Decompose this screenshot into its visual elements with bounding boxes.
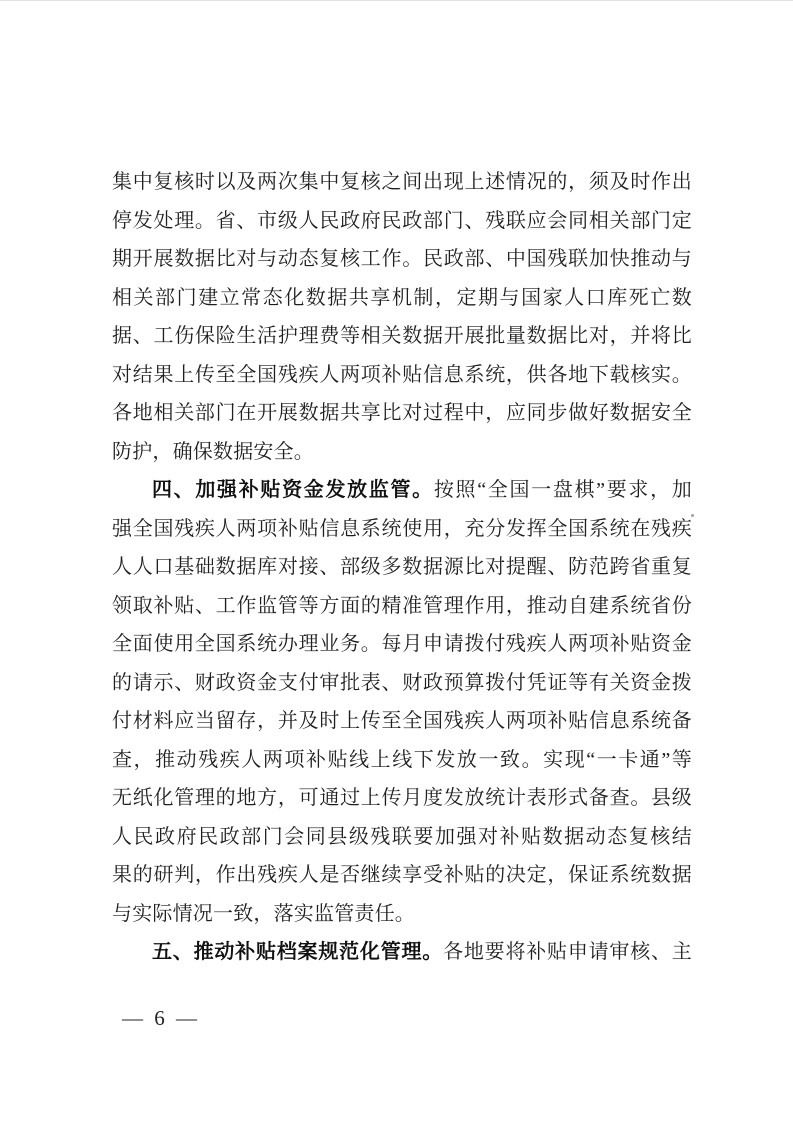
text-line: 人人口基础数据库对接、部级多数据源比对提醒、防范跨省重复 — [112, 548, 692, 587]
section-heading-text: 五、推动补贴档案规范化管理。 — [152, 941, 443, 963]
text-line: 强全国残疾人两项补贴信息系统使用，充分发挥全国系统在残疾 — [112, 510, 692, 549]
body-text: 全面使用全国系统办理业务。每月申请拨付残疾人两项补贴资金 — [112, 633, 692, 655]
para-section-5-archive-management: 五、推动补贴档案规范化管理。各地要将补贴申请审核、主 — [112, 933, 692, 972]
page-number: — 6 — — [122, 1003, 200, 1033]
body-text: 据、工伤保险生活护理费等相关数据开展批量数据比对，并将比 — [112, 325, 692, 347]
text-line: 查，推动残疾人两项补贴线上线下发放一致。实现“一卡通”等 — [112, 741, 692, 780]
text-line: 与实际情况一致，落实监管责任。 — [112, 895, 692, 934]
body-text: 集中复核时以及两次集中复核之间出现上述情况的，须及时作出 — [112, 171, 692, 193]
text-line: 果的研判，作出残疾人是否继续享受补贴的决定，保证系统数据 — [112, 856, 692, 895]
text-line: 停发处理。省、市级人民政府民政部门、残联应会同相关部门定 — [112, 202, 692, 241]
text-line: 期开展数据比对与动态复核工作。民政部、中国残联加快推动与 — [112, 240, 692, 279]
text-line: 据、工伤保险生活护理费等相关数据开展批量数据比对，并将比 — [112, 317, 692, 356]
body-text: 按照“全国一盘棋”要求，加 — [434, 479, 692, 501]
text-line: 集中复核时以及两次集中复核之间出现上述情况的，须及时作出 — [112, 163, 692, 202]
text-line: 相关部门建立常态化数据共享机制，定期与国家人口库死亡数 — [112, 279, 692, 318]
text-line: 的请示、财政资金支付审批表、财政预算拨付凭证等有关资金拨 — [112, 664, 692, 703]
text-line: 无纸化管理的地方，可通过上传月度发放统计表形式备查。县级 — [112, 779, 692, 818]
text-line: 领取补贴、工作监管等方面的精准管理作用，推动自建系统省份 — [112, 587, 692, 626]
body-text: 无纸化管理的地方，可通过上传月度发放统计表形式备查。县级 — [112, 787, 692, 809]
body-text: 各地要将补贴申请审核、主 — [443, 941, 692, 963]
text-line: 五、推动补贴档案规范化管理。各地要将补贴申请审核、主 — [112, 933, 692, 972]
body-text: 期开展数据比对与动态复核工作。民政部、中国残联加快推动与 — [112, 248, 692, 270]
body-text: 对结果上传至全国残疾人两项补贴信息系统，供各地下载核实。 — [112, 364, 692, 386]
body-text: 相关部门建立常态化数据共享机制，定期与国家人口库死亡数 — [112, 287, 692, 309]
body-text: 各地相关部门在开展数据共享比对过程中，应同步做好数据安全 — [112, 402, 692, 424]
scan-speck — [691, 514, 694, 517]
body-text: 的请示、财政资金支付审批表、财政预算拨付凭证等有关资金拨 — [112, 672, 692, 694]
text-line: 各地相关部门在开展数据共享比对过程中，应同步做好数据安全 — [112, 394, 692, 433]
text-line: 付材料应当留存，并及时上传至全国残疾人两项补贴信息系统备 — [112, 702, 692, 741]
para-data-dynamic-review: 集中复核时以及两次集中复核之间出现上述情况的，须及时作出停发处理。省、市级人民政… — [112, 163, 692, 471]
body-text: 领取补贴、工作监管等方面的精准管理作用，推动自建系统省份 — [112, 595, 692, 617]
body-text: 付材料应当留存，并及时上传至全国残疾人两项补贴信息系统备 — [112, 710, 692, 732]
para-section-4-funding-supervision: 四、加强补贴资金发放监管。按照“全国一盘棋”要求，加强全国残疾人两项补贴信息系统… — [112, 471, 692, 933]
body-text: 查，推动残疾人两项补贴线上线下发放一致。实现“一卡通”等 — [112, 749, 692, 771]
body-text: 与实际情况一致，落实监管责任。 — [112, 903, 415, 925]
document-page: 集中复核时以及两次集中复核之间出现上述情况的，须及时作出停发处理。省、市级人民政… — [0, 0, 793, 1122]
body-text: 果的研判，作出残疾人是否继续享受补贴的决定，保证系统数据 — [112, 864, 692, 886]
text-line: 全面使用全国系统办理业务。每月申请拨付残疾人两项补贴资金 — [112, 625, 692, 664]
scan-edge-line — [0, 0, 793, 1]
text-line: 人民政府民政部门会同县级残联要加强对补贴数据动态复核结 — [112, 818, 692, 857]
body-text: 人民政府民政部门会同县级残联要加强对补贴数据动态复核结 — [112, 826, 692, 848]
section-heading-text: 四、加强补贴资金发放监管。 — [152, 479, 434, 501]
body-text: 人人口基础数据库对接、部级多数据源比对提醒、防范跨省重复 — [112, 556, 692, 578]
text-line: 防护，确保数据安全。 — [112, 433, 692, 472]
body-text: 防护，确保数据安全。 — [112, 441, 314, 463]
body-text: 停发处理。省、市级人民政府民政部门、残联应会同相关部门定 — [112, 210, 692, 232]
body-text: 强全国残疾人两项补贴信息系统使用，充分发挥全国系统在残疾 — [112, 518, 692, 540]
document-body: 集中复核时以及两次集中复核之间出现上述情况的，须及时作出停发处理。省、市级人民政… — [112, 163, 692, 972]
text-line: 四、加强补贴资金发放监管。按照“全国一盘棋”要求，加 — [112, 471, 692, 510]
text-line: 对结果上传至全国残疾人两项补贴信息系统，供各地下载核实。 — [112, 356, 692, 395]
